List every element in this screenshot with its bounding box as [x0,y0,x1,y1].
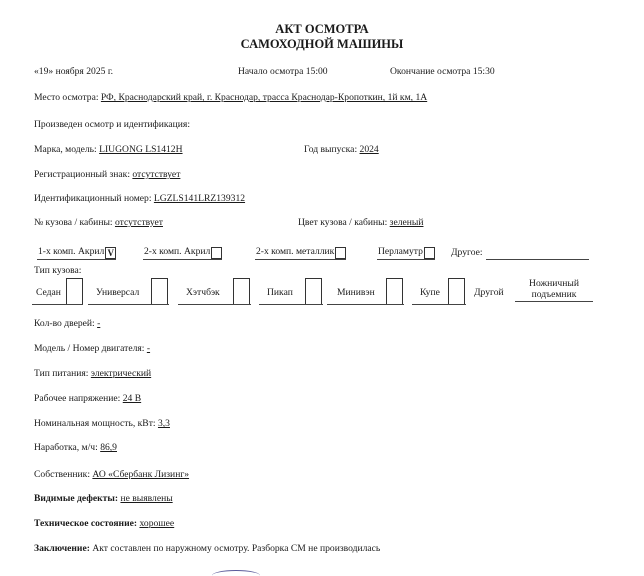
conclusion-value: Акт составлен по наружному осмотру. Разб… [92,543,380,554]
body-type-minivan[interactable]: Минивэн [327,278,404,305]
checkbox-checked[interactable]: V [105,247,116,259]
paint-option-2k-acrylic[interactable]: 2-х комп. Акрил [143,245,222,260]
paint-option-1k-acrylic[interactable]: 1-х комп. Акрил V [37,245,116,260]
body-number-label: № кузова / кабины: [34,217,115,228]
checkbox[interactable] [151,278,168,304]
vin-field: Идентификационный номер: LGZLS141LRZ1393… [34,193,245,204]
checkbox[interactable] [211,247,222,259]
body-other-value: Ножничный подъемник [515,278,593,302]
body-type-label: Тип кузова: [34,265,81,276]
checkbox[interactable] [386,278,403,304]
signature-mark [212,570,260,576]
make-label: Марка, модель: [34,144,99,155]
hours-value: 86,9 [100,442,117,453]
checkbox[interactable] [424,247,435,259]
engine-value: - [147,343,150,354]
paint-other-label: Другое: [451,247,483,258]
body-number-value: отсутствует [115,217,163,228]
body-type-sedan[interactable]: Седан [32,278,83,305]
document-title-line1: АКТ ОСМОТРА [0,22,644,37]
engine-field: Модель / Номер двигателя: - [34,343,150,354]
document-title-line2: САМОХОДНОЙ МАШИНЫ [0,37,644,52]
condition-field: Техническое состояние: хорошее [34,518,174,529]
voltage-field: Рабочее напряжение: 24 В [34,393,141,404]
body-type-pickup[interactable]: Пикап [259,278,323,305]
vin-value: LGZLS141LRZ139312 [154,193,245,204]
checkbox[interactable] [335,247,346,259]
owner-value: АО «Сбербанк Лизинг» [92,469,189,480]
paint-option-pearl[interactable]: Перламутр [377,245,435,260]
color-field: Цвет кузова / кабины: зеленый [298,217,423,228]
reg-field: Регистрационный знак: отсутствует [34,169,180,180]
voltage-value: 24 В [123,393,141,404]
power-value: 3,3 [158,418,170,429]
reg-label: Регистрационный знак: [34,169,132,180]
power-field: Номинальная мощность, кВт: 3,3 [34,418,170,429]
start-time: Начало осмотра 15:00 [238,66,328,77]
reg-value: отсутствует [132,169,180,180]
act-date: «19» ноября 2025 г. [34,66,113,77]
checkbox[interactable] [448,278,465,304]
place-field: Место осмотра: РФ, Краснодарский край, г… [34,92,427,103]
end-time: Окончание осмотра 15:30 [390,66,495,77]
paint-option-2k-metallic[interactable]: 2-х комп. металлик [255,245,346,260]
place-value: РФ, Краснодарский край, г. Краснодар, тр… [101,92,427,103]
year-value: 2024 [360,144,379,155]
conclusion-field: Заключение: Акт составлен по наружному о… [34,543,380,554]
checkbox[interactable] [233,278,250,304]
doors-field: Кол-во дверей: - [34,318,100,329]
vin-label: Идентификационный номер: [34,193,154,204]
color-value: зеленый [390,217,424,228]
power-type-field: Тип питания: электрический [34,368,151,379]
body-type-hatchback[interactable]: Хэтчбэк [178,278,251,305]
body-type-coupe[interactable]: Купе [412,278,466,305]
color-label: Цвет кузова / кабины: [298,217,390,228]
body-type-wagon[interactable]: Универсал [88,278,169,305]
owner-field: Собственник: АО «Сбербанк Лизинг» [34,469,189,480]
condition-value: хорошее [139,518,174,529]
inspection-note: Произведен осмотр и идентификация: [34,119,190,130]
place-label: Место осмотра: [34,92,101,103]
checkbox[interactable] [305,278,322,304]
defects-value: не выявлены [120,493,172,504]
body-number-field: № кузова / кабины: отсутствует [34,217,163,228]
paint-other-input[interactable] [486,247,589,260]
checkbox[interactable] [66,278,83,304]
defects-field: Видимые дефекты: не выявлены [34,493,173,504]
year-label: Год выпуска: [304,144,360,155]
make-field: Марка, модель: LIUGONG LS1412H [34,144,183,155]
hours-field: Наработка, м/ч: 86,9 [34,442,117,453]
doors-value: - [97,318,100,329]
year-field: Год выпуска: 2024 [304,144,379,155]
make-value: LIUGONG LS1412H [99,144,182,155]
power-type-value: электрический [91,368,151,379]
body-other-label: Другой [474,287,504,298]
